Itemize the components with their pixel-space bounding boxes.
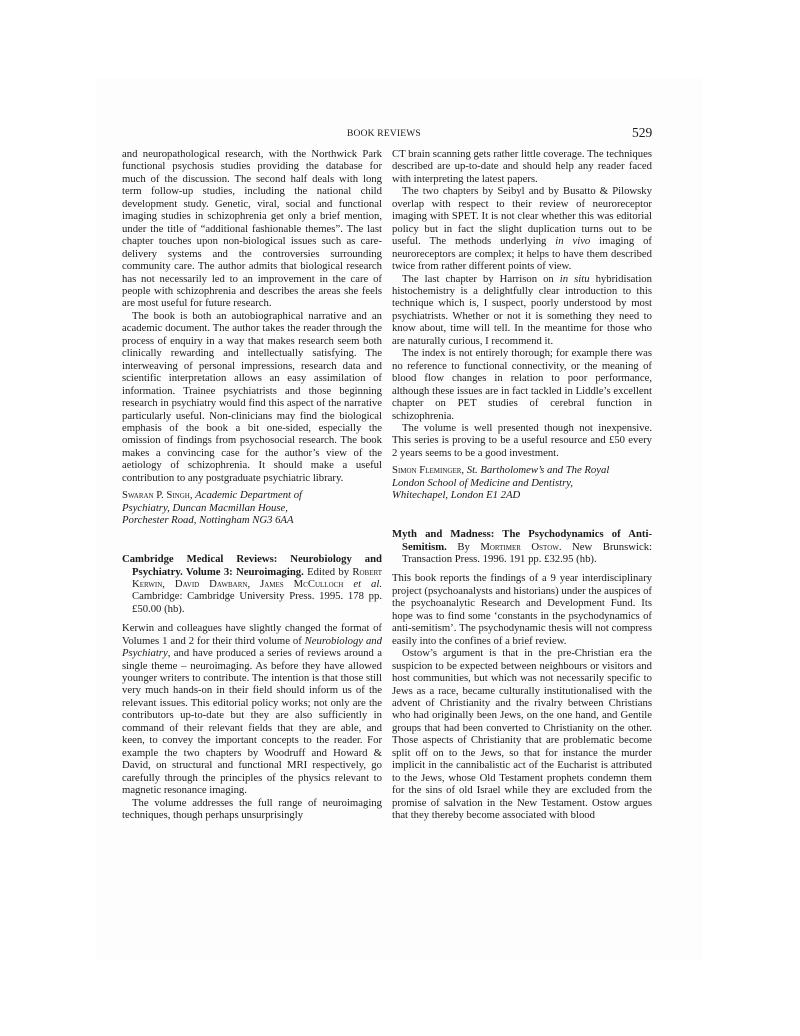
- paragraph: The two chapters by Seibyl and by Busatt…: [392, 185, 652, 272]
- et-al: et al.: [353, 578, 382, 590]
- left-column: and neuropathological research, with the…: [122, 148, 382, 821]
- review-heading: Cambridge Medical Reviews: Neurobiology …: [122, 553, 382, 615]
- reviewer-affiliation: Psychiatry, Duncan Macmillan House,: [122, 502, 288, 514]
- paragraph: The last chapter by Harrison on in situ …: [392, 273, 652, 348]
- paragraph: The book is both an autobiographical nar…: [122, 310, 382, 484]
- reviewer-affiliation: Academic Department of: [195, 489, 302, 501]
- paragraph: and neuropathological research, with the…: [122, 148, 382, 310]
- reviewer-affiliation: St. Bartholomew’s and The Royal: [467, 464, 610, 476]
- reviewer-name: Swaran P. Singh,: [122, 489, 193, 501]
- paragraph: Kerwin and colleagues have slightly chan…: [122, 622, 382, 796]
- right-column: CT brain scanning gets rather little cov…: [392, 148, 652, 822]
- paragraph: This book reports the findings of a 9 ye…: [392, 572, 652, 647]
- paragraph: Ostow’s argument is that in the pre-Chri…: [392, 647, 652, 821]
- by-label: By: [457, 541, 469, 553]
- paragraph: The volume addresses the full range of n…: [122, 797, 382, 822]
- running-header: BOOK REVIEWS 529: [0, 128, 800, 142]
- section-title: BOOK REVIEWS: [347, 128, 421, 139]
- paragraph: The volume is well presented though not …: [392, 422, 652, 459]
- reviewer-name: Simon Fleminger,: [392, 464, 464, 476]
- reviewer-signature: Simon Fleminger, St. Bartholomew’s and T…: [392, 464, 652, 501]
- publication-details: Cambridge: Cambridge University Press. 1…: [132, 590, 382, 614]
- reviewer-affiliation: Porchester Road, Nottingham NG3 6AA: [122, 514, 293, 526]
- review-heading: Myth and Madness: The Psychodynamics of …: [392, 528, 652, 565]
- paragraph: The index is not entirely thorough; for …: [392, 347, 652, 422]
- book-author: Mortimer Ostow.: [480, 541, 561, 553]
- reviewer-signature: Swaran P. Singh, Academic Department of …: [122, 489, 382, 526]
- edited-by-label: Edited by: [307, 566, 349, 578]
- reviewer-affiliation: Whitechapel, London E1 2AD: [392, 489, 520, 501]
- reviewer-affiliation: London School of Medicine and Dentistry,: [392, 477, 573, 489]
- page-number: 529: [632, 125, 652, 141]
- paragraph: CT brain scanning gets rather little cov…: [392, 148, 652, 185]
